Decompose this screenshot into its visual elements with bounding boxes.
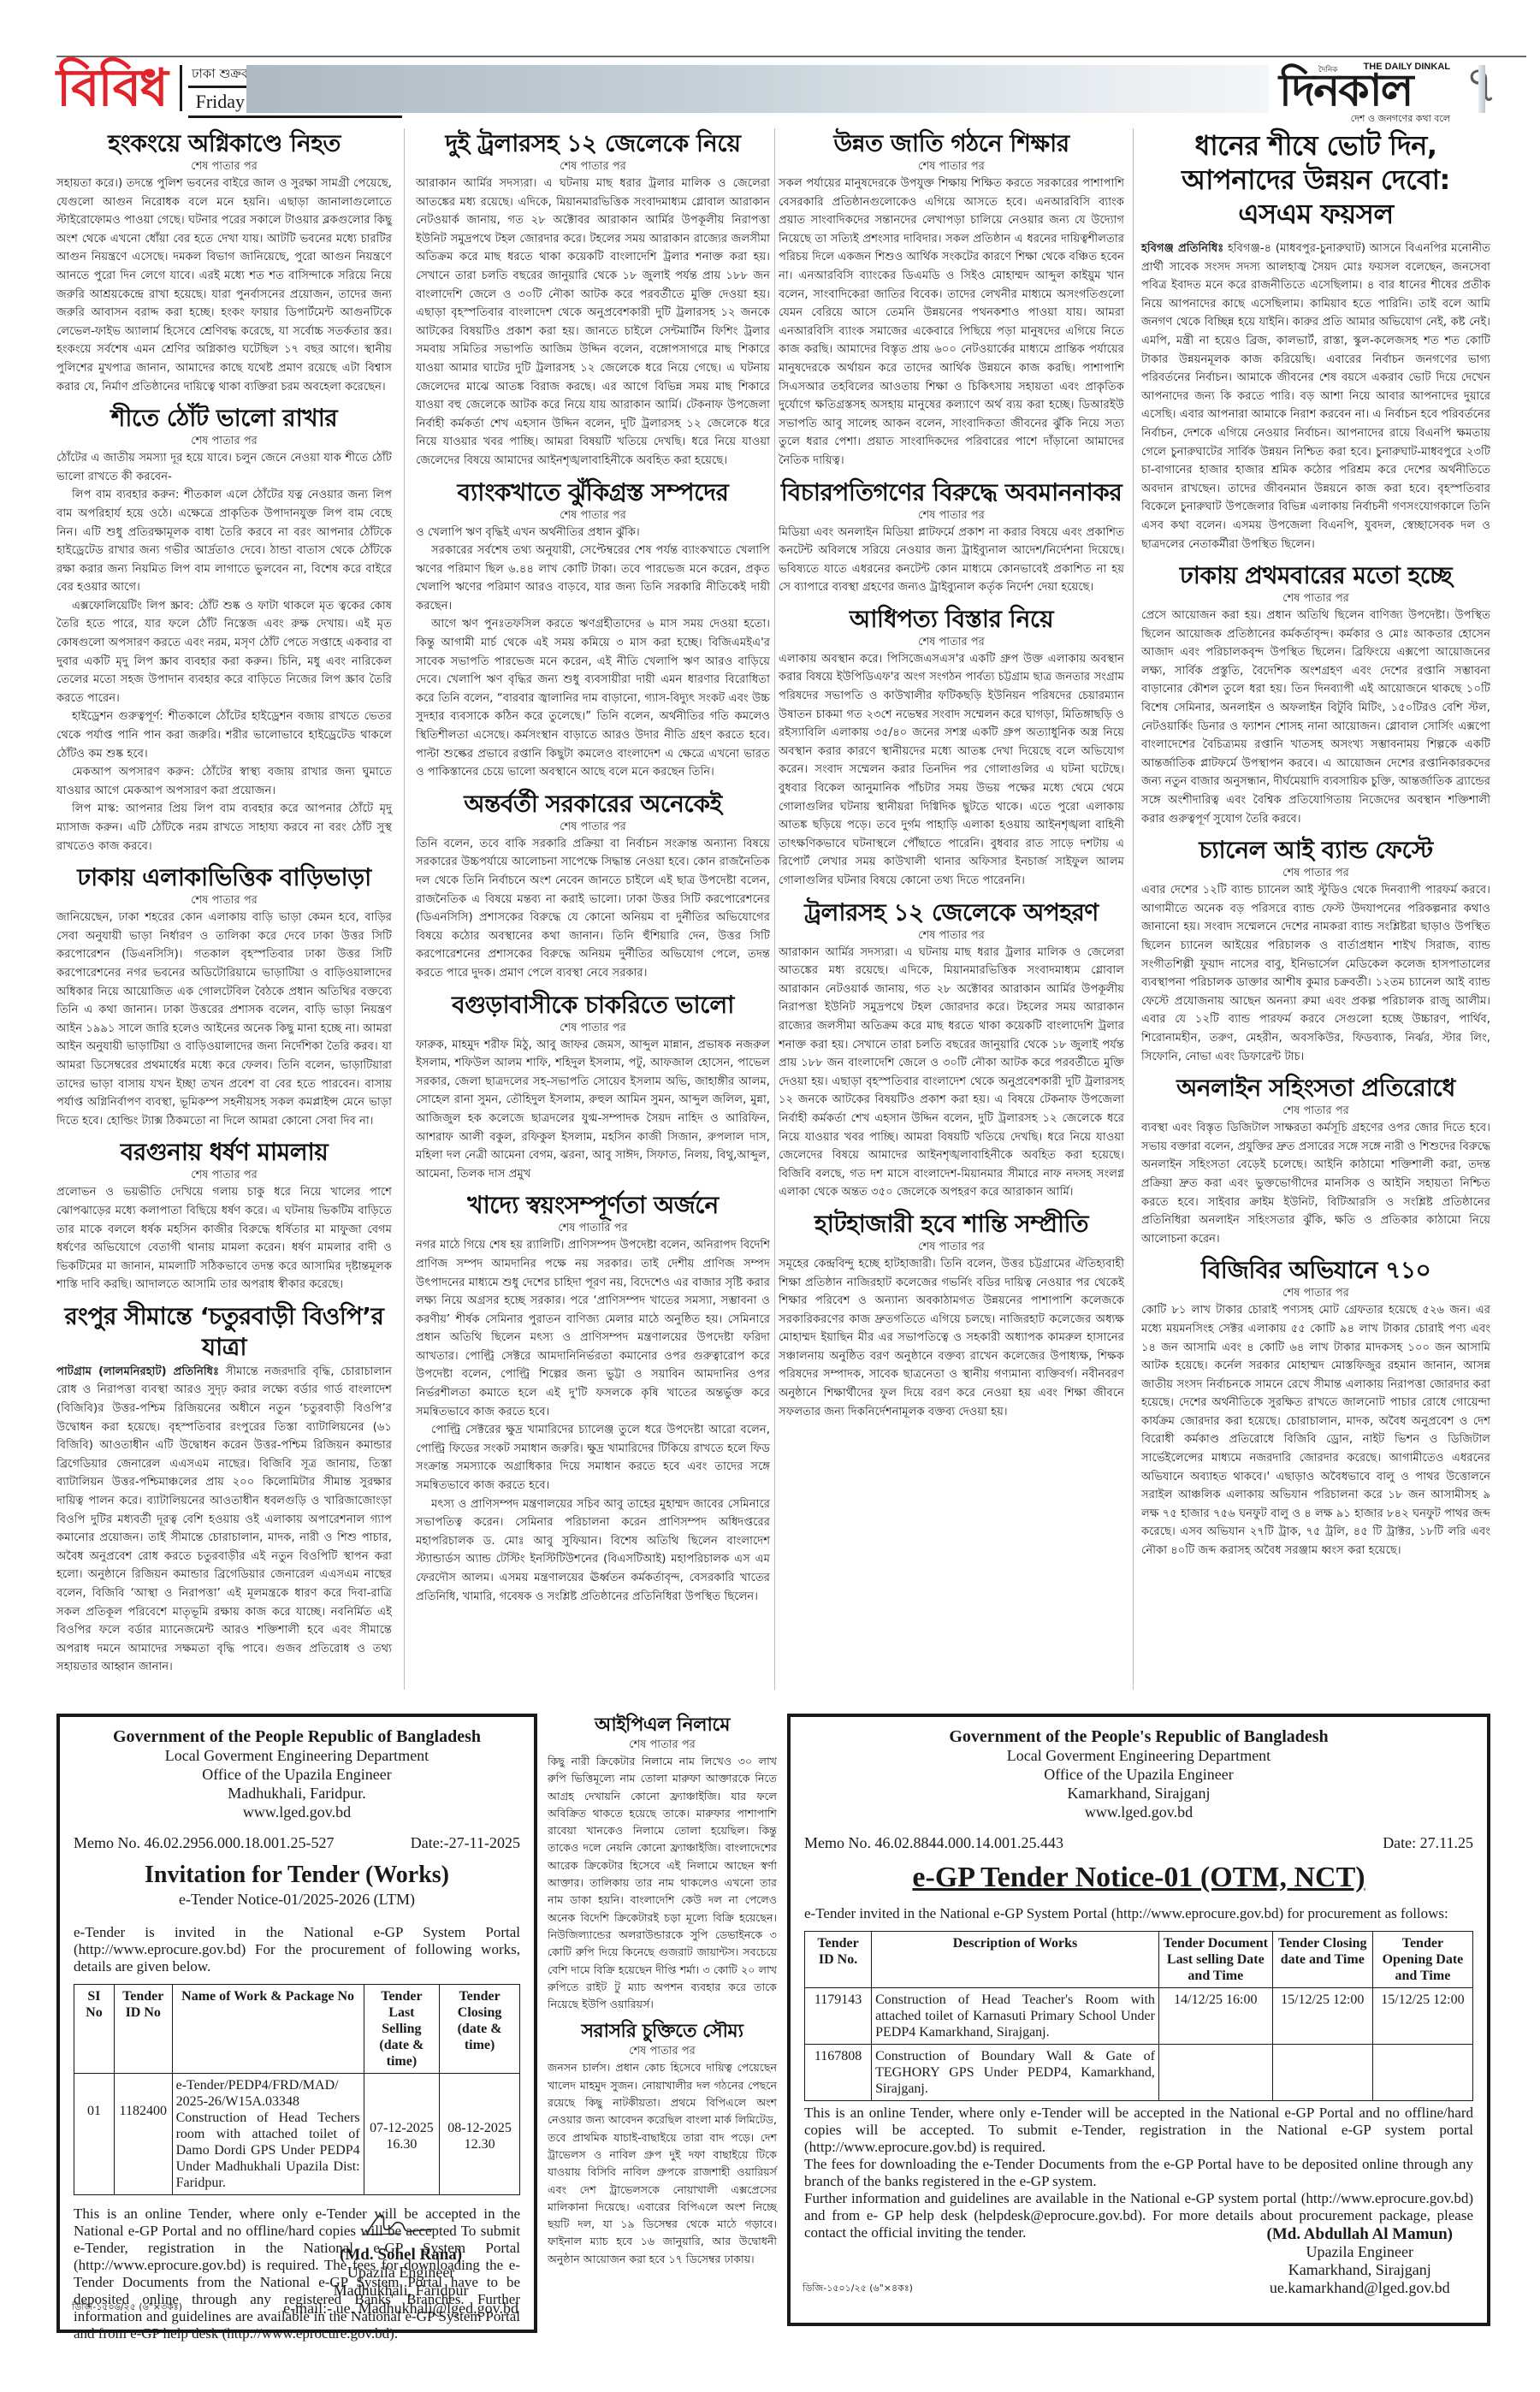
story: হাটহাজারী হবে শান্তি সম্প্রীতি শেষ পাতার… (779, 1209, 1124, 1421)
paragraph: প্রেসে আয়োজন করা হয়। প্রধান অতিথি ছিলে… (1141, 607, 1490, 828)
story: বিচারপতিগণের বিরুদ্ধে অবমাননাকর শেষ পাতা… (779, 477, 1124, 597)
memo-row: Memo No. 46.02.2956.000.18.001.25-527 Da… (74, 1833, 520, 1852)
signatory-name: (Md. Abdullah Al Mamun) (1267, 2225, 1454, 2243)
memo-number: Memo No. 46.02.8844.000.14.001.25.443 (804, 1833, 1063, 1852)
column-rule (774, 128, 775, 1690)
memo-number: Memo No. 46.02.2956.000.18.001.25-527 (74, 1833, 335, 1852)
story-body: জানিয়েছেন, ঢাকা শহরের কোন এলাকায় বাড়ি… (56, 909, 392, 1130)
story-body: কিছু নারী ক্রিকেটার নিলামে নাম লিখেও ৩০ … (548, 1753, 777, 2013)
ad-header-line: Government of the People's Republic of B… (949, 1727, 1328, 1746)
jump-line: শেষ পাতার পর (416, 820, 770, 835)
story-body: ঠোঁটের এ জাতীয় সমস্যা দূর হয়ে যাবে। চল… (56, 449, 392, 856)
column-header: Name of Work & Package No (172, 1985, 364, 2074)
paragraph: লিপ মাস্ক: আপনার প্রিয় লিপ বাম ব্যবহার … (56, 800, 392, 856)
column-2: দুই ট্রলারসহ ১২ জেলেকে নিয়ে শেষ পাতার প… (416, 128, 770, 1613)
ad-note-line: The fees for downloading the e-Tender Do… (804, 2156, 1473, 2190)
story: বগুড়াবাসীকে চাকরিতে ভালো শেষ পাতার পর ফ… (416, 990, 770, 1184)
paragraph: ঠোঁটের এ জাতীয় সমস্যা দূর হয়ে যাবে। চল… (56, 449, 392, 486)
cell-description: Construction of Head Teacher's Room with… (872, 1988, 1159, 2045)
paragraph: এক্সফোলিয়েটিং লিপ স্ক্রাব: ঠোঁট শুষ্ক ও… (56, 597, 392, 708)
ad-header: Government of the People's Republic of B… (804, 1727, 1473, 1821)
column-header: Tender Closing (date & time) (440, 1985, 520, 2074)
cell-work-name: e-Tender/PEDP4/FRD/MAD/ 2025-26/W15A.033… (172, 2074, 364, 2195)
memo-date: Date: 27.11.25 (1383, 1833, 1473, 1852)
paragraph: সহায়তা করে।) তদন্তে পুলিশ ভবনের বাইরে জ… (56, 175, 392, 396)
jump-line: শেষ পাতার পর (779, 1240, 1124, 1255)
column-3: উন্নত জাতি গঠনে শিক্ষার শেষ পাতার পর সকল… (779, 128, 1124, 1428)
headline[interactable]: ঢাকায় এলাকাভিত্তিক বাড়িভাড়া (56, 862, 392, 893)
ad-header-line: Kamarkhand, Sirajganj (804, 1784, 1473, 1803)
paragraph: কিছু নারী ক্রিকেটার নিলামে নাম লিখেও ৩০ … (548, 1753, 777, 2013)
jump-line: শেষ পাতার পর (56, 159, 392, 175)
paper-logo-bangla: দিনকাল (1279, 65, 1412, 116)
story-body: জনসন চার্লস। প্রধান কোচ হিসেবে দায়িত্ব … (548, 2059, 777, 2268)
paragraph: সমূহের কেন্দ্রবিন্দু হচ্ছে হাটহাজারী। তি… (779, 1255, 1124, 1421)
story-body: মিডিয়া এবং অনলাইন মিডিয়া প্লাটফর্মে প্… (779, 524, 1124, 597)
story-body: ও খেলাপি ঋণ বৃদ্ধিই এখন অর্থনীতির প্রধান… (416, 524, 770, 782)
headline[interactable]: দুই ট্রলারসহ ১২ জেলেকে নিয়ে (416, 128, 770, 159)
story: চ্যানেল আই ব্যান্ড ফেস্টে শেষ পাতার পর এ… (1141, 835, 1490, 1066)
signatory-location: Madhukhali, Faridpur (283, 2282, 518, 2300)
jump-line: শেষ পাতার পর (56, 1168, 392, 1183)
masthead-rule (56, 56, 1526, 57)
cell-closing: 08-12-2025 12.30 (440, 2074, 520, 2195)
headline[interactable]: বরগুনায় ধর্ষণ মামলায় (56, 1137, 392, 1168)
signature-icon (350, 2211, 453, 2240)
story-body: পাটগ্রাম (লালমনিরহাট) প্রতিনিধিঃ সীমান্ত… (56, 1363, 392, 1677)
byline: হবিগঞ্জ প্রতিনিধিঃ (1141, 242, 1223, 255)
date-rule-bottom (188, 115, 402, 118)
column-4: ধানের শীষে ভোট দিন, আপনাদের উন্নয়ন দেবো… (1141, 128, 1490, 1567)
story: ধানের শীষে ভোট দিন, আপনাদের উন্নয়ন দেবো… (1141, 128, 1490, 554)
paragraph-text: হবিগঞ্জ-৪ (মাধবপুর-চুনারুঘাট) আসনে বিএনপ… (1141, 242, 1490, 551)
lead-headline[interactable]: ধানের শীষে ভোট দিন, আপনাদের উন্নয়ন দেবো… (1141, 128, 1490, 231)
column-rule (1133, 128, 1134, 1690)
ad-note: This is an online Tender, where only e-T… (804, 2105, 1473, 2241)
mini-column: আইপিএল নিলামে শেষ পাতার পর কিছু নারী ক্র… (548, 1714, 777, 2275)
paragraph: ও খেলাপি ঋণ বৃদ্ধিই এখন অর্থনীতির প্রধান… (416, 524, 770, 542)
masthead-band-end (1478, 65, 1485, 113)
cell-last-selling (1158, 2045, 1272, 2101)
masthead-gradient-band (246, 65, 1269, 113)
column-header: Tender ID No. (805, 1932, 872, 1988)
headline[interactable]: খাদ্যে স্বয়ংসম্পূর্ণতা অর্জনে (416, 1190, 770, 1221)
jump-line: শেষ পাতার পর (548, 1738, 777, 1753)
story: বরগুনায় ধর্ষণ মামলায় শেষ পাতার পর প্রল… (56, 1137, 392, 1294)
story-body: এবার দেশের ১২টি ব্যান্ড চ্যানেল আই স্টুড… (1141, 881, 1490, 1066)
story-body: সমূহের কেন্দ্রবিন্দু হচ্ছে হাটহাজারী। তি… (779, 1255, 1124, 1421)
masthead-divider (180, 65, 182, 111)
byline: পাটগ্রাম (লালমনিরহাট) প্রতিনিধিঃ (56, 1365, 219, 1378)
jump-line: শেষ পাতারি পর (416, 1221, 770, 1236)
headline[interactable]: বিজিবির অভিযানে ৭১০ (1141, 1255, 1490, 1286)
ad-website-link[interactable]: www.lged.gov.bd (804, 1803, 1473, 1821)
signatory-name: (Md. Sohel Rana) (340, 2246, 462, 2264)
story: অনলাইন সহিংসতা প্রতিরোধে শেষ পাতার পর ব্… (1141, 1073, 1490, 1248)
cell-tender-id: 1179143 (805, 1988, 872, 2045)
paragraph: লিপ বাম ব্যবহার করুন: শীতকাল এলে ঠোঁটের … (56, 486, 392, 597)
story: হংকংয়ে অগ্নিকাণ্ডে নিহত শেষ পাতার পর সহ… (56, 128, 392, 396)
tender-notice-kamarkhand: Government of the People's Republic of B… (787, 1714, 1490, 2326)
column-1: হংকংয়ে অগ্নিকাণ্ডে নিহত শেষ পাতার পর সহ… (56, 128, 392, 1684)
paragraph: ফারুক, মাহমুদ শরীফ মিঠু, আবু জাফর জেমস, … (416, 1036, 770, 1184)
paper-tagline: দেশ ও জনগণের কথা বলে (1351, 111, 1450, 127)
story: সরাসরি চুক্তিতে সৌম্য শেষ পাতার পর জনসন … (548, 2020, 777, 2268)
headline[interactable]: চ্যানেল আই ব্যান্ড ফেস্টে (1141, 835, 1490, 866)
ad-code: ডিজি-১৫০১/২৫ (৬"×৪কঃ) (803, 2281, 913, 2297)
headline[interactable]: আইপিএল নিলামে (548, 1714, 777, 1738)
paragraph: এবার দেশের ১২টি ব্যান্ড চ্যানেল আই স্টুড… (1141, 881, 1490, 1066)
column-header: Tender Opening Date and Time (1372, 1932, 1472, 1988)
ad-subtitle: e-Tender Notice-01/2025-2026 (LTM) (74, 1890, 520, 1909)
paragraph: প্রলোভন ও ভয়ভীতি দেখিয়ে গলায় চাকু ধরে… (56, 1183, 392, 1294)
paragraph: মৎস্য ও প্রাণিসম্পদ মন্ত্রণালয়ের সচিব আ… (416, 1495, 770, 1607)
story: ব্যাংকখাতে ঝুঁকিগ্রস্ত সম্পদের শেষ পাতার… (416, 477, 770, 782)
ad-header-line: Local Goverment Engineering Department (74, 1746, 520, 1765)
table-row: 01 1182400 e-Tender/PEDP4/FRD/MAD/ 2025-… (74, 2074, 520, 2195)
story: ঢাকায় প্রথমবারের মতো হচ্ছে শেষ পাতার পর… (1141, 560, 1490, 828)
paragraph: মেকআপ অপসারণ করুন: ঠোঁটের স্বাস্থ্য বজায… (56, 763, 392, 800)
cell-last-selling: 14/12/25 16:00 (1158, 1988, 1272, 2045)
memo-date: Date:-27-11-2025 (411, 1833, 520, 1852)
story-body: নগর মাঠে গিয়ে শেষ হয় র‌্যালিটি। প্রাণি… (416, 1236, 770, 1606)
tender-table: Tender ID No. Description of Works Tende… (804, 1931, 1473, 2101)
cell-closing: 15/12/25 12:00 (1272, 1988, 1372, 2045)
tender-notice-madhukhali: Government of the People Republic of Ban… (56, 1714, 537, 2333)
story-body: প্রলোভন ও ভয়ভীতি দেখিয়ে গলায় চাকু ধরে… (56, 1183, 392, 1294)
paragraph: সকল পর্যায়ের মানুষদেরকে উপযুক্ত শিক্ষায… (779, 175, 1124, 471)
cell-opening (1372, 2045, 1472, 2101)
paragraph: জানিয়েছেন, ঢাকা শহরের কোন এলাকায় বাড়ি… (56, 909, 392, 1130)
jump-line: শেষ পাতার পর (416, 508, 770, 524)
ad-header-line: Local Goverment Engineering Department (804, 1746, 1473, 1765)
jump-line: শেষ পাতার পর (1141, 591, 1490, 607)
cell-closing (1272, 2045, 1372, 2101)
paragraph: আগে ঋণ পুনঃতফসিল করতে ঋণগ্রহীতাদের ৬ মাস… (416, 615, 770, 781)
headline[interactable]: শীতে ঠোঁট ভালো রাখার (56, 403, 392, 434)
paragraph: কোটি ৮১ লাখ টাকার চোরাই পণ্যসহ মোট গ্রেফ… (1141, 1301, 1490, 1560)
paragraph: আরাকান আর্মির সদস্যরা। এ ঘটনায় মাছ ধরার… (416, 175, 770, 471)
cell-last-selling: 07-12-2025 16.30 (364, 2074, 440, 2195)
jump-line: শেষ পাতার পর (779, 508, 1124, 524)
jump-line: শেষ পাতার পর (416, 159, 770, 175)
jump-line: শেষ পাতার পর (779, 635, 1124, 650)
ad-title: e-GP Tender Notice-01 (OTM, NCT) (804, 1861, 1473, 1895)
paragraph: পোল্ট্রি সেক্টরের ক্ষুদ্র খামারিদের চ্যা… (416, 1421, 770, 1495)
paragraph: এলাকায় অবস্থান করে। পিসিজেএসএস'র একটি গ… (779, 650, 1124, 891)
headline[interactable]: ট্রলারসহ ১২ জেলেকে অপহরণ (779, 897, 1124, 928)
ad-header-line: Office of the Upazila Engineer (804, 1765, 1473, 1784)
jump-line: শেষ পাতার পর (1141, 866, 1490, 881)
story-body: আরাকান আর্মির সদস্যরা। এ ঘটনায় মাছ ধরার… (416, 175, 770, 471)
paragraph: হাইড্রেশন গুরুত্বপূর্ণ: শীতকালে ঠোঁটের হ… (56, 708, 392, 763)
story: রংপুর সীমান্তে ‘চতুরবাড়ী বিওপি’র যাত্রা… (56, 1301, 392, 1677)
story-body: আরাকান আর্মির সদস্যরা। এ ঘটনায় মাছ ধরার… (779, 944, 1124, 1202)
headline[interactable]: ব্যাংকখাতে ঝুঁকিগ্রস্ত সম্পদের (416, 477, 770, 508)
jump-line: শেষ পাতার পর (779, 159, 1124, 175)
story: ঢাকায় এলাকাভিত্তিক বাড়িভাড়া শেষ পাতার… (56, 862, 392, 1130)
paragraph-text: সীমান্তে নজরদারি বৃদ্ধি, চোরাচালান রোধ ও… (56, 1365, 392, 1674)
column-header: Tender Closing date and Time (1272, 1932, 1372, 1988)
story: আধিপত্য বিস্তার নিয়ে শেষ পাতার পর এলাকা… (779, 604, 1124, 891)
story: বিজিবির অভিযানে ৭১০ শেষ পাতার পর কোটি ৮১… (1141, 1255, 1490, 1560)
headline[interactable]: সরাসরি চুক্তিতে সৌম্য (548, 2020, 777, 2044)
story-body: এলাকায় অবস্থান করে। পিসিজেএসএস'র একটি গ… (779, 650, 1124, 891)
headline[interactable]: অনলাইন সহিংসতা প্রতিরোধে (1141, 1073, 1490, 1104)
story-body: তিনি বলেন, তবে বাকি সরকারি প্রক্রিয়া বা… (416, 835, 770, 983)
cell-tender-id: 1182400 (114, 2074, 172, 2195)
column-header: SI No (74, 1985, 115, 2074)
section-logo: বিবিধ (56, 60, 167, 116)
column-header: Description of Works (872, 1932, 1159, 1988)
story-body: হবিগঞ্জ প্রতিনিধিঃ হবিগঞ্জ-৪ (মাধবপুর-চু… (1141, 240, 1490, 554)
table-row: 1179143 Construction of Head Teacher's R… (805, 1988, 1473, 2045)
story: ট্রলারসহ ১২ জেলেকে অপহরণ শেষ পাতার পর আর… (779, 897, 1124, 1202)
story-body: কোটি ৮১ লাখ টাকার চোরাই পণ্যসহ মোট গ্রেফ… (1141, 1301, 1490, 1560)
table-row: 1167808 Construction of Boundary Wall & … (805, 2045, 1473, 2101)
story-body: সহায়তা করে।) তদন্তে পুলিশ ভবনের বাইরে জ… (56, 175, 392, 396)
cell-description: Construction of Boundary Wall & Gate of … (872, 2045, 1159, 2101)
story: আইপিএল নিলামে শেষ পাতার পর কিছু নারী ক্র… (548, 1714, 777, 2013)
jump-line: শেষ পাতার পর (1141, 1104, 1490, 1119)
jump-line: শেষ পাতার পর (1141, 1286, 1490, 1301)
paragraph: জনসন চার্লস। প্রধান কোচ হিসেবে দায়িত্ব … (548, 2059, 777, 2268)
ad-code: ডিজি-১৫০৬/২৫ (৬"×৩কঃ) (72, 2300, 182, 2316)
headline[interactable]: বগুড়াবাসীকে চাকরিতে ভালো (416, 990, 770, 1021)
ad-header-line: Madhukhali, Faridpur. (74, 1784, 520, 1803)
ad-title: Invitation for Tender (Works) (74, 1861, 520, 1890)
cell-opening: 15/12/25 12:00 (1372, 1988, 1472, 2045)
story: উন্নত জাতি গঠনে শিক্ষার শেষ পাতার পর সকল… (779, 128, 1124, 471)
jump-line: শেষ পাতার পর (416, 1021, 770, 1036)
jump-line: শেষ পাতার পর (548, 2044, 777, 2059)
paragraph: নগর মাঠে গিয়ে শেষ হয় র‌্যালিটি। প্রাণি… (416, 1236, 770, 1421)
story-body: সকল পর্যায়ের মানুষদেরকে উপযুক্ত শিক্ষায… (779, 175, 1124, 471)
headline[interactable]: রংপুর সীমান্তে ‘চতুরবাড়ী বিওপি’র যাত্রা (56, 1301, 392, 1363)
paragraph: মিডিয়া এবং অনলাইন মিডিয়া প্লাটফর্মে প্… (779, 524, 1124, 597)
column-header: Tender ID No (114, 1985, 172, 2074)
column-header: Tender Document Last selling Date and Ti… (1158, 1932, 1272, 1988)
headline[interactable]: হংকংয়ে অগ্নিকাণ্ডে নিহত (56, 128, 392, 159)
jump-line: শেষ পাতার পর (779, 928, 1124, 944)
signatory-designation: Upazila Engineer (283, 2264, 518, 2282)
story-body: প্রেসে আয়োজন করা হয়। প্রধান অতিথি ছিলে… (1141, 607, 1490, 828)
spacer (1141, 231, 1490, 240)
headline[interactable]: ঢাকায় প্রথমবারের মতো হচ্ছে (1141, 560, 1490, 591)
paragraph: আরাকান আর্মির সদস্যরা। এ ঘটনায় মাছ ধরার… (779, 944, 1124, 1202)
paragraph: ব্যবস্থা এবং বিস্তৃত ডিজিটাল সাক্ষরতা কর… (1141, 1119, 1490, 1248)
cell-serial: 01 (74, 2074, 115, 2195)
story-body: ফারুক, মাহমুদ শরীফ মিঠু, আবু জাফর জেমস, … (416, 1036, 770, 1184)
signature-block: (Md. Abdullah Al Mamun) Upazila Engineer… (1267, 2225, 1454, 2297)
ad-website-link[interactable]: www.lged.gov.bd (74, 1803, 520, 1821)
story-body: ব্যবস্থা এবং বিস্তৃত ডিজিটাল সাক্ষরতা কর… (1141, 1119, 1490, 1248)
tender-table: SI No Tender ID No Name of Work & Packag… (74, 1984, 520, 2195)
story: খাদ্যে স্বয়ংসম্পূর্ণতা অর্জনে শেষ পাতার… (416, 1190, 770, 1606)
paragraph: হবিগঞ্জ প্রতিনিধিঃ হবিগঞ্জ-৪ (মাধবপুর-চু… (1141, 240, 1490, 554)
signatory-location: Kamarkhand, Sirajganj (1267, 2261, 1454, 2279)
jump-line: শেষ পাতার পর (56, 434, 392, 449)
signatory-email[interactable]: e-mail:- ue. Madhukhali@lged.gov.bd (283, 2300, 518, 2318)
headline[interactable]: হাটহাজারী হবে শান্তি সম্প্রীতি (779, 1209, 1124, 1240)
ad-header: Government of the People Republic of Ban… (74, 1727, 520, 1821)
table-header-row: SI No Tender ID No Name of Work & Packag… (74, 1985, 520, 2074)
paragraph: পাটগ্রাম (লালমনিরহাট) প্রতিনিধিঃ সীমান্ত… (56, 1363, 392, 1677)
headline[interactable]: অন্তর্বর্তী সরকারের অনেকেই (416, 789, 770, 820)
memo-row: Memo No. 46.02.8844.000.14.001.25.443 Da… (804, 1833, 1473, 1852)
headline[interactable]: আধিপত্য বিস্তার নিয়ে (779, 604, 1124, 635)
story: শীতে ঠোঁট ভালো রাখার শেষ পাতার পর ঠোঁটের… (56, 403, 392, 856)
story: অন্তর্বর্তী সরকারের অনেকেই শেষ পাতার পর … (416, 789, 770, 983)
ad-intro: e-Tender is invited in the National e-GP… (74, 1924, 520, 1975)
column-rule (404, 128, 405, 1690)
signatory-email[interactable]: ue.kamarkhand@lged.gov.bd (1267, 2279, 1454, 2297)
ad-intro: e-Tender invited in the National e-GP Sy… (804, 1905, 1473, 1922)
paragraph: সরকারের সর্বশেষ তথ্য অনুযায়ী, সেপ্টেম্ব… (416, 542, 770, 615)
story: দুই ট্রলারসহ ১২ জেলেকে নিয়ে শেষ পাতার প… (416, 128, 770, 471)
ad-header-line: Office of the Upazila Engineer (74, 1765, 520, 1784)
signatory-designation: Upazila Engineer (1267, 2243, 1454, 2261)
paragraph: তিনি বলেন, তবে বাকি সরকারি প্রক্রিয়া বা… (416, 835, 770, 983)
jump-line: শেষ পাতার পর (56, 893, 392, 909)
cell-tender-id: 1167808 (805, 2045, 872, 2101)
headline[interactable]: বিচারপতিগণের বিরুদ্ধে অবমাননাকর (779, 477, 1124, 508)
headline[interactable]: উন্নত জাতি গঠনে শিক্ষার (779, 128, 1124, 159)
ad-header-line: Government of the People Republic of Ban… (113, 1727, 481, 1746)
column-header: Tender Last Selling (date & time) (364, 1985, 440, 2074)
table-header-row: Tender ID No. Description of Works Tende… (805, 1932, 1473, 1988)
signature-block: (Md. Sohel Rana) Upazila Engineer Madhuk… (283, 2211, 518, 2318)
ad-note-line: This is an online Tender, where only e-T… (804, 2105, 1473, 2156)
